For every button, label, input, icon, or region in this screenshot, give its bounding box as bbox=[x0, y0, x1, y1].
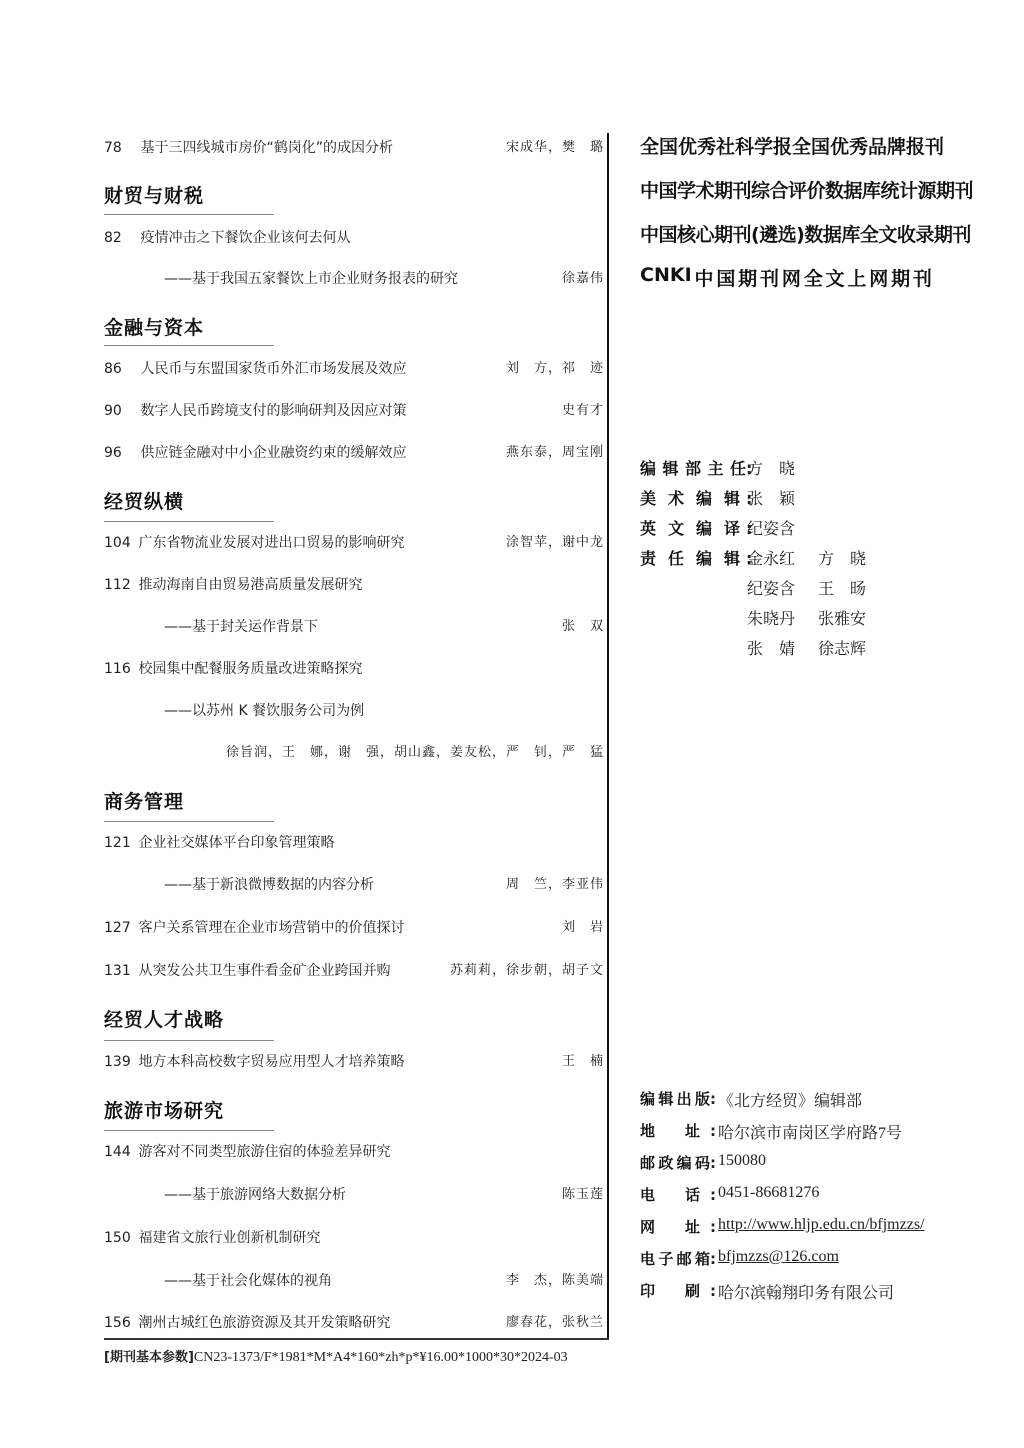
page-number: 86 bbox=[104, 358, 136, 380]
section-divider bbox=[104, 1130, 274, 1131]
pub-label: 电子邮箱 bbox=[640, 1248, 710, 1269]
staff-role: 美术编辑 bbox=[640, 486, 746, 509]
article-authors: 燕东泰，周宝刚 bbox=[506, 442, 604, 464]
staff-name: 纪姿含 bbox=[747, 516, 795, 539]
staff-name: 王 旸 bbox=[818, 576, 866, 599]
article-title: 潮州古城红色旅游资源及其开发策略研究 bbox=[138, 1315, 390, 1331]
section-divider bbox=[104, 821, 274, 822]
page-number: 116 bbox=[104, 658, 134, 680]
staff-name: 张 婧 bbox=[747, 636, 795, 659]
pub-label: 网址 bbox=[640, 1216, 710, 1237]
toc-subtitle[interactable]: ——以苏州 K 餐饮服务公司为例 bbox=[104, 700, 604, 722]
toc-entry[interactable]: 96 供应链金融对中小企业融资约束的缓解效应 燕东泰，周宝刚 bbox=[104, 442, 604, 464]
honor-line: CNKI 中 国 期 刊 网 全 文 上 网 期 刊 bbox=[640, 264, 932, 291]
staff-row: 英文编译: 纪姿含 bbox=[640, 516, 752, 542]
article-authors: 徐旨润，王 娜，谢 强，胡山鑫，姜友松，严 钊，严 猛 bbox=[226, 742, 604, 764]
page-number: 144 bbox=[104, 1141, 134, 1163]
article-authors: 宋成华，樊 璐 bbox=[506, 137, 604, 159]
page-number: 82 bbox=[104, 227, 136, 249]
article-title: 客户关系管理在企业市场营销中的价值探讨 bbox=[138, 920, 404, 936]
honor-text: 上 bbox=[847, 264, 866, 291]
staff-row: 责任编辑: 金永红 方 晓 bbox=[640, 546, 752, 572]
staff-name: 朱晓丹 bbox=[747, 606, 795, 629]
toc-subtitle[interactable]: ——基于新浪微博数据的内容分析 周 竺，李亚伟 bbox=[104, 874, 604, 896]
page-number: 78 bbox=[104, 137, 136, 159]
article-subtitle: ——基于新浪微博数据的内容分析 bbox=[104, 877, 374, 893]
article-title: 福建省文旅行业创新机制研究 bbox=[138, 1230, 320, 1246]
article-authors: 张 双 bbox=[562, 616, 604, 638]
article-title: 地方本科高校数字贸易应用型人才培养策略 bbox=[138, 1054, 404, 1070]
article-title: 从突发公共卫生事件看金矿企业跨国并购 bbox=[138, 963, 390, 979]
article-title: 游客对不同类型旅游住宿的体验差异研究 bbox=[138, 1144, 390, 1160]
article-title: 企业社交媒体平台印象管理策略 bbox=[138, 835, 334, 851]
page-number: 90 bbox=[104, 400, 136, 422]
staff-name: 纪姿含 bbox=[747, 576, 795, 599]
article-subtitle: ——基于旅游网络大数据分析 bbox=[104, 1187, 346, 1203]
staff-row: 编辑部主任: 方 晓 bbox=[640, 456, 752, 482]
toc-subtitle[interactable]: ——基于社会化媒体的视角 李 杰，陈美端 bbox=[104, 1270, 604, 1292]
section-divider bbox=[104, 521, 274, 522]
honor-line: 中国核心期刊(遴选)数据库全文收录期刊 bbox=[640, 220, 932, 247]
pub-row: 电话: 0451-86681276 bbox=[640, 1184, 720, 1208]
staff-role: 英文编译 bbox=[640, 516, 746, 539]
staff-name: 徐志辉 bbox=[818, 636, 866, 659]
pub-label: 邮政编码 bbox=[640, 1152, 710, 1173]
toc-authors-line[interactable]: 徐旨润，王 娜，谢 强，胡山鑫，姜友松，严 钊，严 猛 bbox=[104, 742, 604, 764]
honor-text: 期 bbox=[738, 264, 757, 291]
staff-name: 方 晓 bbox=[747, 456, 795, 479]
pub-label: 地址 bbox=[640, 1120, 710, 1141]
honor-line: 中国学术期刊综合评价数据库统计源期刊 bbox=[640, 176, 932, 203]
honor-text: CNKI bbox=[640, 264, 692, 291]
honor-text: 网 bbox=[869, 264, 888, 291]
pub-label: 编辑出版 bbox=[640, 1088, 710, 1109]
honor-text: 刊 bbox=[913, 264, 932, 291]
section-heading: 经贸纵横 bbox=[104, 487, 184, 514]
toc-entry[interactable]: 104 广东省物流业发展对进出口贸易的影响研究 涂智苹，谢中龙 bbox=[104, 532, 604, 554]
article-subtitle: ——基于社会化媒体的视角 bbox=[104, 1273, 332, 1289]
section-heading: 金融与资本 bbox=[104, 313, 204, 340]
article-title: 推动海南自由贸易港高质量发展研究 bbox=[138, 577, 362, 593]
article-title: 校园集中配餐服务质量改进策略探究 bbox=[138, 661, 362, 677]
article-title: 数字人民币跨境支付的影响研判及因应对策 bbox=[140, 403, 406, 419]
staff-role: 编辑部主任 bbox=[640, 456, 746, 479]
toc-entry[interactable]: 144 游客对不同类型旅游住宿的体验差异研究 bbox=[104, 1141, 604, 1163]
section-divider bbox=[104, 345, 274, 346]
honor-text: 中 bbox=[694, 264, 713, 291]
email-link[interactable]: bfjmzzs@126.com bbox=[718, 1248, 839, 1265]
toc-entry[interactable]: 116 校园集中配餐服务质量改进策略探究 bbox=[104, 658, 604, 680]
publisher-value: 《北方经贸》编辑部 bbox=[718, 1088, 862, 1111]
article-title: 疫情冲击之下餐饮企业该何去何从 bbox=[140, 230, 350, 246]
pub-label: 电话 bbox=[640, 1184, 710, 1205]
section-heading: 商务管理 bbox=[104, 787, 184, 814]
honor-text: 中国核心期刊(遴选)数据库全文收录期刊 bbox=[640, 220, 971, 247]
website-link[interactable]: http://www.hljp.edu.cn/bfjmzzs/ bbox=[718, 1216, 924, 1233]
parameters-label: [期刊基本参数] bbox=[104, 1350, 194, 1365]
toc-entry[interactable]: 131 从突发公共卫生事件看金矿企业跨国并购 苏莉莉，徐步朝，胡子文 bbox=[104, 960, 604, 982]
page-number: 121 bbox=[104, 832, 134, 854]
article-authors: 廖春花，张秋兰 bbox=[506, 1312, 604, 1334]
toc-entry[interactable]: 139 地方本科高校数字贸易应用型人才培养策略 王 楠 bbox=[104, 1051, 604, 1073]
pub-row: 电子邮箱: bfjmzzs@126.com bbox=[640, 1248, 720, 1272]
page-number: 127 bbox=[104, 917, 134, 939]
honor-text: 国 bbox=[716, 264, 735, 291]
article-authors: 李 杰，陈美端 bbox=[506, 1270, 604, 1292]
toc-subtitle[interactable]: ——基于封关运作背景下 张 双 bbox=[104, 616, 604, 638]
article-authors: 史有才 bbox=[562, 400, 604, 422]
toc-entry[interactable]: 127 客户关系管理在企业市场营销中的价值探讨 刘 岩 bbox=[104, 917, 604, 939]
toc-entry[interactable]: 78 基于三四线城市房价“鹤岗化”的成因分析 宋成华，樊 璐 bbox=[104, 137, 604, 159]
parameters-value: CN23-1373/F*1981*M*A4*160*zh*p*¥16.00*10… bbox=[194, 1350, 568, 1365]
address-value: 哈尔滨市南岗区学府路7号 bbox=[718, 1120, 902, 1143]
honor-text: 刊 bbox=[760, 264, 779, 291]
honor-text: 全 bbox=[804, 264, 823, 291]
toc-entry[interactable]: 112 推动海南自由贸易港高质量发展研究 bbox=[104, 574, 604, 596]
pub-row: 网址: http://www.hljp.edu.cn/bfjmzzs/ bbox=[640, 1216, 720, 1240]
article-subtitle: ——以苏州 K 餐饮服务公司为例 bbox=[104, 703, 364, 719]
honor-text: 全国优秀社科学报 bbox=[640, 132, 792, 159]
article-title: 广东省物流业发展对进出口贸易的影响研究 bbox=[138, 535, 404, 551]
article-authors: 陈玉莲 bbox=[562, 1184, 604, 1206]
page-number: 96 bbox=[104, 442, 136, 464]
toc-entry[interactable]: 86 人民币与东盟国家货币外汇市场发展及效应 刘 方，祁 迹 bbox=[104, 358, 604, 380]
page-number: 139 bbox=[104, 1051, 134, 1073]
section-heading: 财贸与财税 bbox=[104, 181, 204, 208]
staff-name: 张雅安 bbox=[818, 606, 866, 629]
staff-role: 责任编辑 bbox=[640, 546, 746, 569]
article-authors: 王 楠 bbox=[562, 1051, 604, 1073]
phone-value: 0451-86681276 bbox=[718, 1184, 819, 1202]
article-authors: 徐嘉伟 bbox=[562, 268, 604, 290]
bottom-rule bbox=[104, 1338, 609, 1340]
honor-line: 全国优秀社科学报 全国优秀品牌报刊 bbox=[640, 132, 932, 159]
section-heading: 经贸人才战略 bbox=[104, 1005, 224, 1032]
pub-row: 邮政编码: 150080 bbox=[640, 1152, 720, 1176]
toc-subtitle[interactable]: ——基于我国五家餐饮上市企业财务报表的研究 徐嘉伟 bbox=[104, 268, 604, 290]
article-subtitle: ——基于我国五家餐饮上市企业财务报表的研究 bbox=[104, 271, 458, 287]
toc-subtitle[interactable]: ——基于旅游网络大数据分析 陈玉莲 bbox=[104, 1184, 604, 1206]
journal-parameters: [期刊基本参数]CN23-1373/F*1981*M*A4*160*zh*p*¥… bbox=[104, 1346, 609, 1366]
staff-row: 美术编辑: 张 颖 bbox=[640, 486, 752, 512]
article-authors: 刘 方，祁 迹 bbox=[506, 358, 604, 380]
staff-name: 方 晓 bbox=[818, 546, 866, 569]
page-number: 156 bbox=[104, 1312, 134, 1334]
pub-label: 印刷 bbox=[640, 1280, 710, 1301]
staff-name: 张 颖 bbox=[747, 486, 795, 509]
postcode-value: 150080 bbox=[718, 1152, 766, 1170]
honor-text: 期 bbox=[891, 264, 910, 291]
page-number: 150 bbox=[104, 1227, 134, 1249]
article-subtitle: ——基于封关运作背景下 bbox=[104, 619, 318, 635]
toc-entry[interactable]: 156 潮州古城红色旅游资源及其开发策略研究 廖春花，张秋兰 bbox=[104, 1312, 604, 1334]
article-title: 供应链金融对中小企业融资约束的缓解效应 bbox=[140, 445, 406, 461]
toc-entry[interactable]: 150 福建省文旅行业创新机制研究 bbox=[104, 1227, 604, 1249]
page-number: 112 bbox=[104, 574, 134, 596]
toc-entry[interactable]: 121 企业社交媒体平台印象管理策略 bbox=[104, 832, 604, 854]
toc-entry[interactable]: 82 疫情冲击之下餐饮企业该何去何从 bbox=[104, 227, 604, 249]
pub-row: 印刷: 哈尔滨翰翔印务有限公司 bbox=[640, 1280, 720, 1304]
article-authors: 涂智苹，谢中龙 bbox=[506, 532, 604, 554]
article-authors: 刘 岩 bbox=[562, 917, 604, 939]
article-authors: 周 竺，李亚伟 bbox=[506, 874, 604, 896]
page-number: 104 bbox=[104, 532, 134, 554]
honor-text: 中国学术期刊综合评价数据库统计源期刊 bbox=[640, 176, 973, 203]
pub-row: 地址: 哈尔滨市南岗区学府路7号 bbox=[640, 1120, 720, 1144]
page-number: 131 bbox=[104, 960, 134, 982]
honor-text: 网 bbox=[782, 264, 801, 291]
pub-row: 编辑出版: 《北方经贸》编辑部 bbox=[640, 1088, 720, 1112]
toc-entry[interactable]: 90 数字人民币跨境支付的影响研判及因应对策 史有才 bbox=[104, 400, 604, 422]
article-title: 人民币与东盟国家货币外汇市场发展及效应 bbox=[140, 361, 406, 377]
section-divider bbox=[104, 1040, 274, 1041]
section-heading: 旅游市场研究 bbox=[104, 1096, 224, 1123]
printer-value: 哈尔滨翰翔印务有限公司 bbox=[718, 1280, 894, 1303]
section-divider bbox=[104, 214, 274, 215]
column-divider bbox=[607, 133, 609, 1338]
honor-text: 文 bbox=[826, 264, 845, 291]
article-authors: 苏莉莉，徐步朝，胡子文 bbox=[450, 960, 604, 982]
staff-name: 金永红 bbox=[747, 546, 795, 569]
article-title: 基于三四线城市房价“鹤岗化”的成因分析 bbox=[140, 140, 393, 156]
honor-text: 全国优秀品牌报刊 bbox=[792, 132, 944, 159]
